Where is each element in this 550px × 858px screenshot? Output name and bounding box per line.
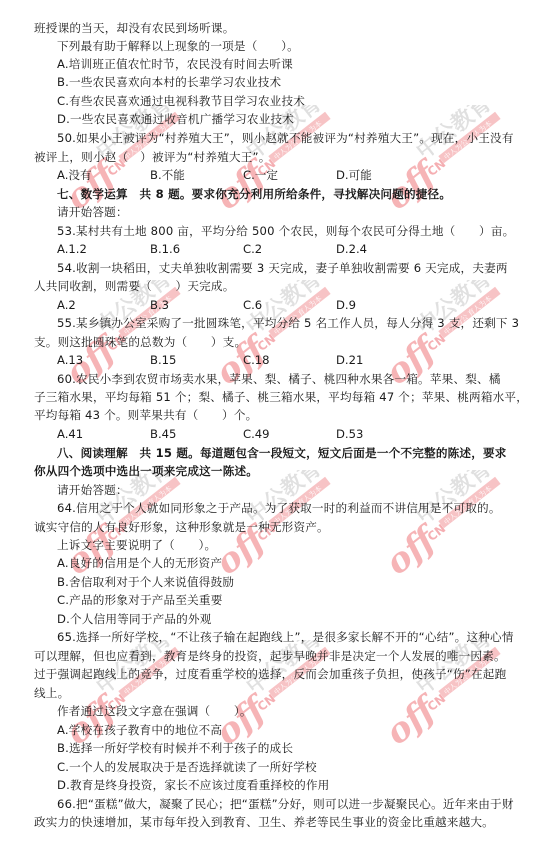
section-heading: 你从四个选项中选出一项来完成这一陈述。 [34, 462, 494, 480]
text-line: 线上。 [34, 684, 494, 702]
text-line: A.培训班正值农忙时节，农民没有时间去听课 [57, 55, 494, 73]
text-line: 可以理解，但也应看到，教育是终身的投资，起步早晚并非是决定一个人发展的唯一因素。 [34, 647, 494, 665]
text-line: 64.信用之于个人就如同形象之于产品。为了获取一时的利益而不讲信用是不可取的。 [57, 499, 494, 517]
section-heading: 七、数学运算 共 8 题。要求你充分利用所给条件，寻找解决问题的捷径。 [57, 185, 494, 203]
text-line: B.舍信取利对于个人来说值得鼓励 [57, 573, 494, 591]
answer-option: A.13 [57, 351, 83, 369]
answer-option: B.3 [150, 296, 169, 314]
text-line: A.学校在孩子教育中的地位不高 [57, 721, 494, 739]
answer-option: B.15 [150, 351, 176, 369]
section-heading: 八、阅读理解 共 15 题。每道题包含一段短文，短文后面是一个不完整的陈述，要求 [57, 444, 494, 462]
answer-option: C.一定 [243, 166, 278, 184]
text-line: 平均每箱 43 个。则苹果共有（ ）个。 [34, 406, 494, 424]
text-line: 政实力的快速增加，某市每年投入到教育、卫生、养老等民生事业的资金比重越来越大。 [34, 813, 494, 831]
answer-option: C.49 [243, 425, 270, 443]
answer-option: D.可能 [336, 166, 372, 184]
answer-option: B.不能 [150, 166, 185, 184]
text-line: 55.某乡镇办公室采购了一批圆珠笔，平均分给 5 名工作人员，每人分得 3 支，… [57, 314, 494, 332]
document-page: offCN中公教育中人为公 育人为本offCN中公教育中人为公 育人为本offC… [0, 0, 550, 858]
text-line: 下列最有助于解释以上现象的一项是（ ）。 [57, 37, 494, 55]
answer-option: C.6 [243, 296, 262, 314]
text-line: 65.选择一所好学校，“不让孩子输在起跑线上”，是很多家长解不开的“心结”。这种… [57, 628, 494, 646]
text-line: 人共同收割，则需要（ ）天完成。 [34, 277, 494, 295]
text-line: 诚实守信的人有良好形象，这种形象就是一种无形资产。 [34, 518, 494, 536]
answer-option: A.41 [57, 425, 83, 443]
answer-option: A.1.2 [57, 240, 87, 258]
text-line: D.一些农民喜欢通过收音机广播学习农业技术 [57, 110, 494, 128]
answer-option: C.2 [243, 240, 262, 258]
text-line: 请开始答题： [57, 203, 494, 221]
text-line: 53.某村共有土地 800 亩，平均分给 500 个农民，则每个农民可分得土地（… [57, 222, 494, 240]
text-line: 上诉文字主要说明了（ ）。 [57, 536, 494, 554]
text-line: C.有些农民喜欢通过电视科教节目学习农业技术 [57, 92, 494, 110]
text-line: 54.收割一块稻田，丈夫单独收割需要 3 天完成，妻子单独收割需要 6 天完成，… [57, 259, 494, 277]
text-line: 过于强调起跑线上的竞争，过度看重学校的选择，反而会加重孩子负担，使孩子“伤”在起… [34, 665, 494, 683]
answer-option: B.1.6 [150, 240, 180, 258]
text-line: 作者通过这段文字意在强调（ ）。 [57, 702, 494, 720]
text-line: B.一些农民喜欢向本村的长辈学习农业技术 [57, 73, 494, 91]
text-line: 66.把“蛋糕”做大，凝聚了民心；把“蛋糕”分好，则可以进一步凝聚民心。近年来由… [57, 795, 494, 813]
text-line: 请开始答题： [57, 481, 494, 499]
answer-option: A.2 [57, 296, 76, 314]
text-line: 支。则这批圆珠笔的总数为（ ）支。 [34, 333, 494, 351]
answer-option: C.18 [243, 351, 270, 369]
text-line: D.个人信用等同于产品的外观 [57, 610, 494, 628]
text-line: D.教育是终身投资，家长不应该过度看重择校的作用 [57, 776, 494, 794]
answer-option: D.9 [336, 296, 356, 314]
answer-option: D.53 [336, 425, 363, 443]
text-line: C.一个人的发展取决于是否选择就读了一所好学校 [57, 758, 494, 776]
text-line: B.选择一所好学校有时候并不利于孩子的成长 [57, 739, 494, 757]
text-line: 50.如果小王被评为“村养殖大王”，则小赵就不能被评为“村养殖大王”。现在，小王… [57, 129, 494, 147]
text-line: 班授课的当天，却没有农民到场听课。 [34, 19, 494, 37]
answer-option: A.没有 [57, 166, 92, 184]
answer-option: B.45 [150, 425, 176, 443]
text-line: A.良好的信用是个人的无形资产 [57, 554, 494, 572]
answer-option: D.21 [336, 351, 363, 369]
text-line: 子三箱水果，平均每箱 51 个；梨、橘子、桃三箱水果，平均每箱 47 个；苹果、… [34, 388, 494, 406]
text-line: 被评上，则小赵（ ）被评为“村养殖大王”。 [34, 148, 494, 166]
answer-option: D.2.4 [336, 240, 367, 258]
text-line: C.产品的形象对于产品至关重要 [57, 591, 494, 609]
text-line: 60.农民小李到农贸市场卖水果，苹果、梨、橘子、桃四种水果各一箱。苹果、梨、橘 [57, 370, 494, 388]
